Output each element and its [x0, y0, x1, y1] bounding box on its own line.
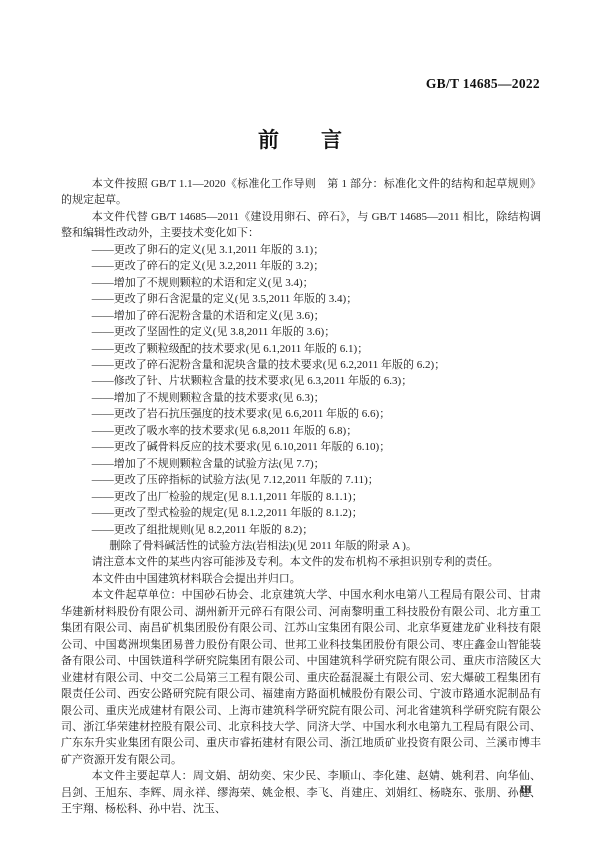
- foreword-content: 本文件按照 GB/T 1.1—2020《标准化工作导则 第 1 部分：标准化文件…: [61, 176, 541, 818]
- change-item: ——更改了碎石泥粉含量和泥块含量的技术要求(见 6.2,2011 年版的 6.2…: [61, 357, 541, 373]
- paragraph-replacement: 本文件代替 GB/T 14685—2011《建设用卵石、碎石》，与 GB/T 1…: [61, 209, 541, 242]
- paragraph-drafting-units: 本文件起草单位：中国砂石协会、北京建筑大学、中国水利水电第八工程局有限公司、甘肃…: [61, 587, 541, 768]
- change-item: ——更改了岩石抗压强度的技术要求(见 6.6,2011 年版的 6.6)；: [61, 406, 541, 422]
- paragraph-drafters: 本文件主要起草人：周文娟、胡幼奕、宋少民、李顺山、李化建、赵婧、姚利君、向华仙、…: [61, 768, 541, 817]
- change-item: ——更改了颗粒级配的技术要求(见 6.1,2011 年版的 6.1)；: [61, 341, 541, 357]
- change-item: ——更改了压碎指标的试验方法(见 7.12,2011 年版的 7.11)；: [61, 472, 541, 488]
- change-item: ——更改了卵石含泥量的定义(见 3.5,2011 年版的 3.4)；: [61, 291, 541, 307]
- change-item: ——更改了出厂检验的规定(见 8.1.1,2011 年版的 8.1.1)；: [61, 489, 541, 505]
- change-item: ——更改了型式检验的规定(见 8.1.2,2011 年版的 8.1.2)；: [61, 505, 541, 521]
- change-item: ——更改了卵石的定义(见 3.1,2011 年版的 3.1)；: [61, 242, 541, 258]
- change-item: ——更改了坚固性的定义(见 3.8,2011 年版的 3.6)；: [61, 324, 541, 340]
- change-item: ——增加了不规则颗粒含量的技术要求(见 6.3)；: [61, 390, 541, 406]
- change-item: ——更改了组批规则(见 8.2,2011 年版的 8.2)；: [61, 522, 541, 538]
- standard-number: GB/T 14685—2022: [426, 76, 540, 92]
- change-item: ——更改了吸水率的技术要求(见 6.8,2011 年版的 6.8)；: [61, 423, 541, 439]
- page-title: 前 言: [0, 124, 600, 154]
- change-item: ——更改了碎石的定义(见 3.2,2011 年版的 3.2)；: [61, 258, 541, 274]
- change-item: ——更改了碱骨料反应的技术要求(见 6.10,2011 年版的 6.10)；: [61, 439, 541, 455]
- page-number: Ⅲ: [520, 785, 532, 796]
- change-item: ——增加了不规则颗粒的术语和定义(见 3.4)；: [61, 275, 541, 291]
- change-item: ——修改了针、片状颗粒含量的技术要求(见 6.3,2011 年版的 6.3)；: [61, 373, 541, 389]
- change-item: ——增加了不规则颗粒含量的试验方法(见 7.7)；: [61, 456, 541, 472]
- paragraph-centralized-by: 本文件由中国建筑材料联合会提出并归口。: [61, 571, 541, 587]
- document-page: GB/T 14685—2022 前 言 本文件按照 GB/T 1.1—2020《…: [0, 0, 600, 848]
- paragraph-drafting-basis: 本文件按照 GB/T 1.1—2020《标准化工作导则 第 1 部分：标准化文件…: [61, 176, 541, 209]
- change-item: ——增加了碎石泥粉含量的术语和定义(见 3.6)；: [61, 308, 541, 324]
- paragraph-patent-note: 请注意本文件的某些内容可能涉及专利。本文件的发布机构不承担识别专利的责任。: [61, 554, 541, 570]
- deleted-item: 删除了骨料碱活性的试验方法(岩相法)(见 2011 年版的附录 A )。: [61, 538, 541, 554]
